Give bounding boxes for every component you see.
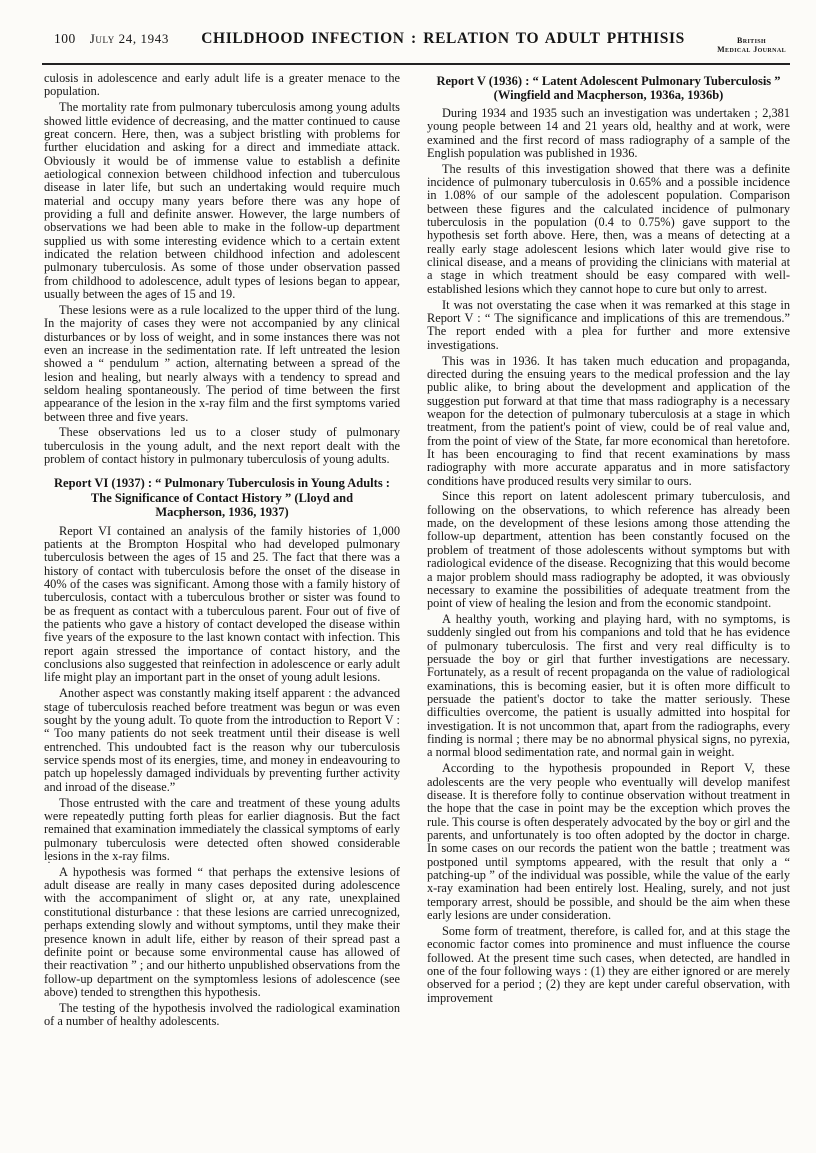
journal-page: 100 July 24, 1943 CHILDHOOD INFECTION : … [0, 0, 816, 1153]
paragraph: Another aspect was constantly making its… [44, 687, 400, 794]
running-title: CHILDHOOD INFECTION : RELATION TO ADULT … [169, 30, 717, 48]
section-heading-line: (Wingfield and Macpherson, 1936a, 1936b) [427, 88, 790, 102]
issue-date: July 24, 1943 [90, 31, 169, 47]
paragraph: The results of this investigation showed… [427, 163, 790, 296]
paragraph: The mortality rate from pulmonary tuberc… [44, 101, 400, 301]
section-heading-line: Report V (1936) : “ Latent Adolescent Pu… [427, 74, 790, 88]
paragraph: Since this report on latent adolescent p… [427, 490, 790, 610]
section-heading-line: Macpherson, 1936, 1937) [44, 505, 400, 519]
journal-name: British Medical Journal [717, 36, 786, 54]
section-heading-line: The Significance of Contact History ” (L… [44, 491, 400, 505]
paragraph: Report VI contained an analysis of the f… [44, 525, 400, 685]
scan-artifact-dot: · [47, 855, 51, 870]
scan-artifact-dash: - [58, 566, 62, 581]
paragraph: During 1934 and 1935 such an investigati… [427, 107, 790, 160]
paragraph: A hypothesis was formed “ that perhaps t… [44, 866, 400, 999]
page-number: 100 [54, 31, 76, 47]
section-heading-line: Report VI (1937) : “ Pulmonary Tuberculo… [44, 476, 400, 490]
paragraph: A healthy youth, working and playing har… [427, 613, 790, 760]
left-column: culosis in adolescence and early adult l… [44, 72, 400, 1028]
section-heading-report-v: Report V (1936) : “ Latent Adolescent Pu… [427, 74, 790, 103]
paragraph: According to the hypothesis propounded i… [427, 762, 790, 922]
page-header: 100 July 24, 1943 CHILDHOOD INFECTION : … [42, 0, 790, 65]
journal-name-line1: British [717, 36, 786, 45]
article-body: culosis in adolescence and early adult l… [44, 65, 790, 1028]
paragraph: Those entrusted with the care and treatm… [44, 797, 400, 864]
paragraph: It was not overstating the case when it … [427, 299, 790, 352]
paragraph: culosis in adolescence and early adult l… [44, 72, 400, 99]
paragraph: These lesions were as a rule localized t… [44, 304, 400, 424]
right-column: Report V (1936) : “ Latent Adolescent Pu… [427, 72, 790, 1028]
paragraph: These observations led us to a closer st… [44, 426, 400, 466]
paragraph: Some form of treatment, therefore, is ca… [427, 925, 790, 1005]
section-heading-report-vi: Report VI (1937) : “ Pulmonary Tuberculo… [44, 476, 400, 519]
journal-name-line2: Medical Journal [717, 45, 786, 54]
paragraph: This was in 1936. It has taken much educ… [427, 355, 790, 488]
paragraph: The testing of the hypothesis involved t… [44, 1002, 400, 1029]
